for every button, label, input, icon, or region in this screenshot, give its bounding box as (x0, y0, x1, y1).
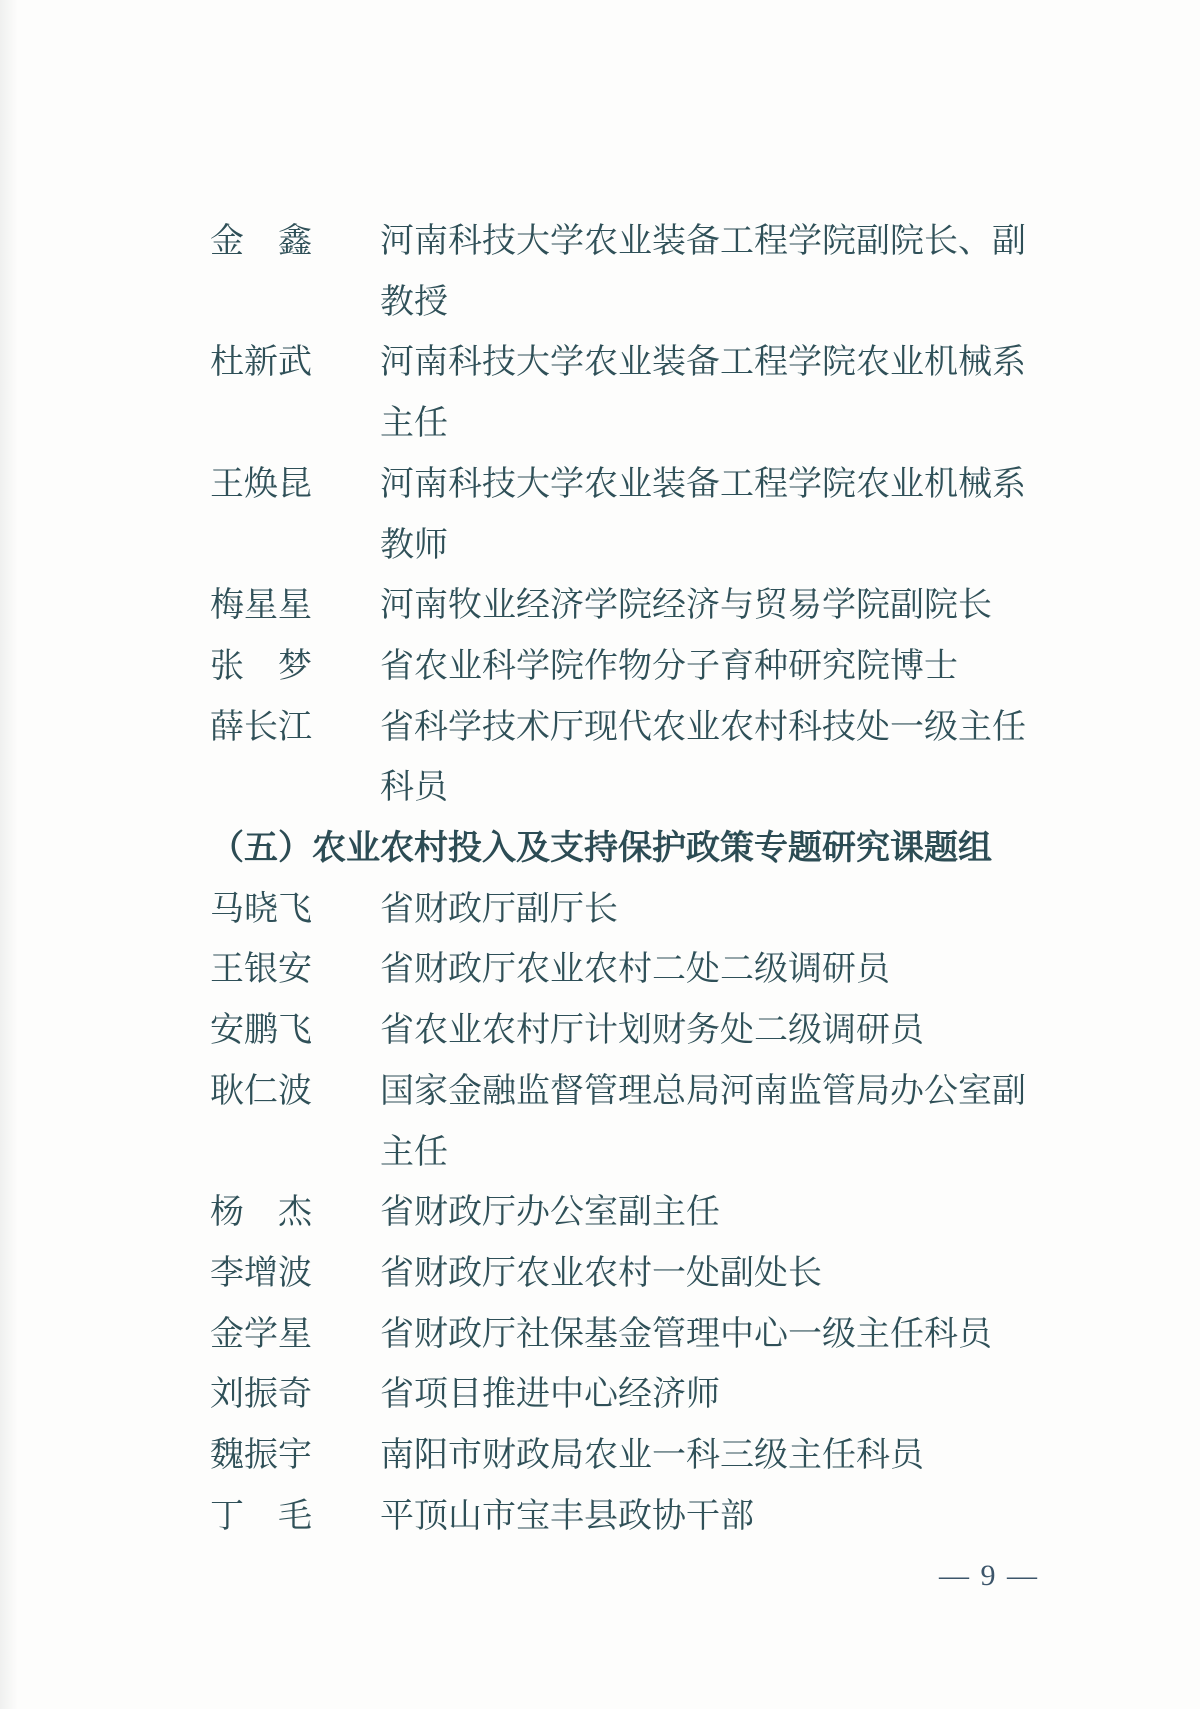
member-title: 平顶山市宝丰县政协干部 (380, 1487, 1060, 1548)
member-title: 河南科技大学农业装备工程学院农业机械系 教师 (380, 455, 1060, 576)
member-name: 梅星星 (210, 576, 380, 637)
member-title: 国家金融监督管理总局河南监管局办公室副 主任 (380, 1062, 1060, 1183)
roster-row: 李增波 省财政厅农业农村一处副处长 (210, 1244, 1070, 1305)
roster-row: 马晓飞 省财政厅副厅长 (210, 880, 1070, 941)
member-name: 杜新武 (210, 333, 380, 394)
roster-row: 梅星星 河南牧业经济学院经济与贸易学院副院长 (210, 576, 1070, 637)
member-title: 省财政厅办公室副主任 (380, 1183, 1060, 1244)
member-title: 省科学技术厅现代农业农村科技处一级主任 科员 (380, 698, 1060, 819)
roster-list-top: 金 鑫 河南科技大学农业装备工程学院副院长、副 教授 杜新武 河南科技大学农业装… (210, 212, 1070, 819)
member-title: 河南科技大学农业装备工程学院农业机械系 主任 (380, 333, 1060, 454)
roster-row: 金 鑫 河南科技大学农业装备工程学院副院长、副 教授 (210, 212, 1070, 333)
member-title: 河南牧业经济学院经济与贸易学院副院长 (380, 576, 1060, 637)
member-title: 省农业农村厅计划财务处二级调研员 (380, 1001, 1060, 1062)
member-name: 耿仁波 (210, 1062, 380, 1123)
document-page: 金 鑫 河南科技大学农业装备工程学院副院长、副 教授 杜新武 河南科技大学农业装… (0, 0, 1200, 1709)
roster-row: 丁 毛 平顶山市宝丰县政协干部 (210, 1487, 1070, 1548)
member-name: 李增波 (210, 1244, 380, 1305)
member-title: 省项目推进中心经济师 (380, 1365, 1060, 1426)
member-title: 省财政厅农业农村一处副处长 (380, 1244, 1060, 1305)
member-title: 省财政厅社保基金管理中心一级主任科员 (380, 1305, 1060, 1366)
member-title: 省财政厅农业农村二处二级调研员 (380, 940, 1060, 1001)
roster-content: 金 鑫 河南科技大学农业装备工程学院副院长、副 教授 杜新武 河南科技大学农业装… (210, 212, 1070, 1547)
roster-row: 刘振奇 省项目推进中心经济师 (210, 1365, 1070, 1426)
member-name: 魏振宇 (210, 1426, 380, 1487)
roster-row: 耿仁波 国家金融监督管理总局河南监管局办公室副 主任 (210, 1062, 1070, 1183)
roster-row: 薛长江 省科学技术厅现代农业农村科技处一级主任 科员 (210, 698, 1070, 819)
section-heading: （五）农业农村投入及支持保护政策专题研究课题组 (210, 819, 1070, 880)
member-name: 刘振奇 (210, 1365, 380, 1426)
roster-row: 张 梦 省农业科学院作物分子育种研究院博士 (210, 637, 1070, 698)
member-name: 安鹏飞 (210, 1001, 380, 1062)
member-title: 省财政厅副厅长 (380, 880, 1060, 941)
scan-edge-artifact (0, 0, 18, 1709)
member-name: 薛长江 (210, 698, 380, 759)
roster-row: 杜新武 河南科技大学农业装备工程学院农业机械系 主任 (210, 333, 1070, 454)
member-name: 王焕昆 (210, 455, 380, 516)
member-name: 王银安 (210, 940, 380, 1001)
member-name: 杨 杰 (210, 1183, 380, 1244)
roster-list-bottom: 马晓飞 省财政厅副厅长 王银安 省财政厅农业农村二处二级调研员 安鹏飞 省农业农… (210, 880, 1070, 1548)
roster-row: 杨 杰 省财政厅办公室副主任 (210, 1183, 1070, 1244)
member-title: 河南科技大学农业装备工程学院副院长、副 教授 (380, 212, 1060, 333)
member-title: 南阳市财政局农业一科三级主任科员 (380, 1426, 1060, 1487)
member-name: 金 鑫 (210, 212, 380, 273)
member-name: 金学星 (210, 1305, 380, 1366)
roster-row: 王银安 省财政厅农业农村二处二级调研员 (210, 940, 1070, 1001)
member-title: 省农业科学院作物分子育种研究院博士 (380, 637, 1060, 698)
page-number: — 9 — (924, 1556, 1054, 1596)
roster-row: 魏振宇 南阳市财政局农业一科三级主任科员 (210, 1426, 1070, 1487)
member-name: 丁 毛 (210, 1487, 380, 1548)
member-name: 张 梦 (210, 637, 380, 698)
roster-row: 安鹏飞 省农业农村厅计划财务处二级调研员 (210, 1001, 1070, 1062)
roster-row: 王焕昆 河南科技大学农业装备工程学院农业机械系 教师 (210, 455, 1070, 576)
roster-row: 金学星 省财政厅社保基金管理中心一级主任科员 (210, 1305, 1070, 1366)
member-name: 马晓飞 (210, 880, 380, 941)
